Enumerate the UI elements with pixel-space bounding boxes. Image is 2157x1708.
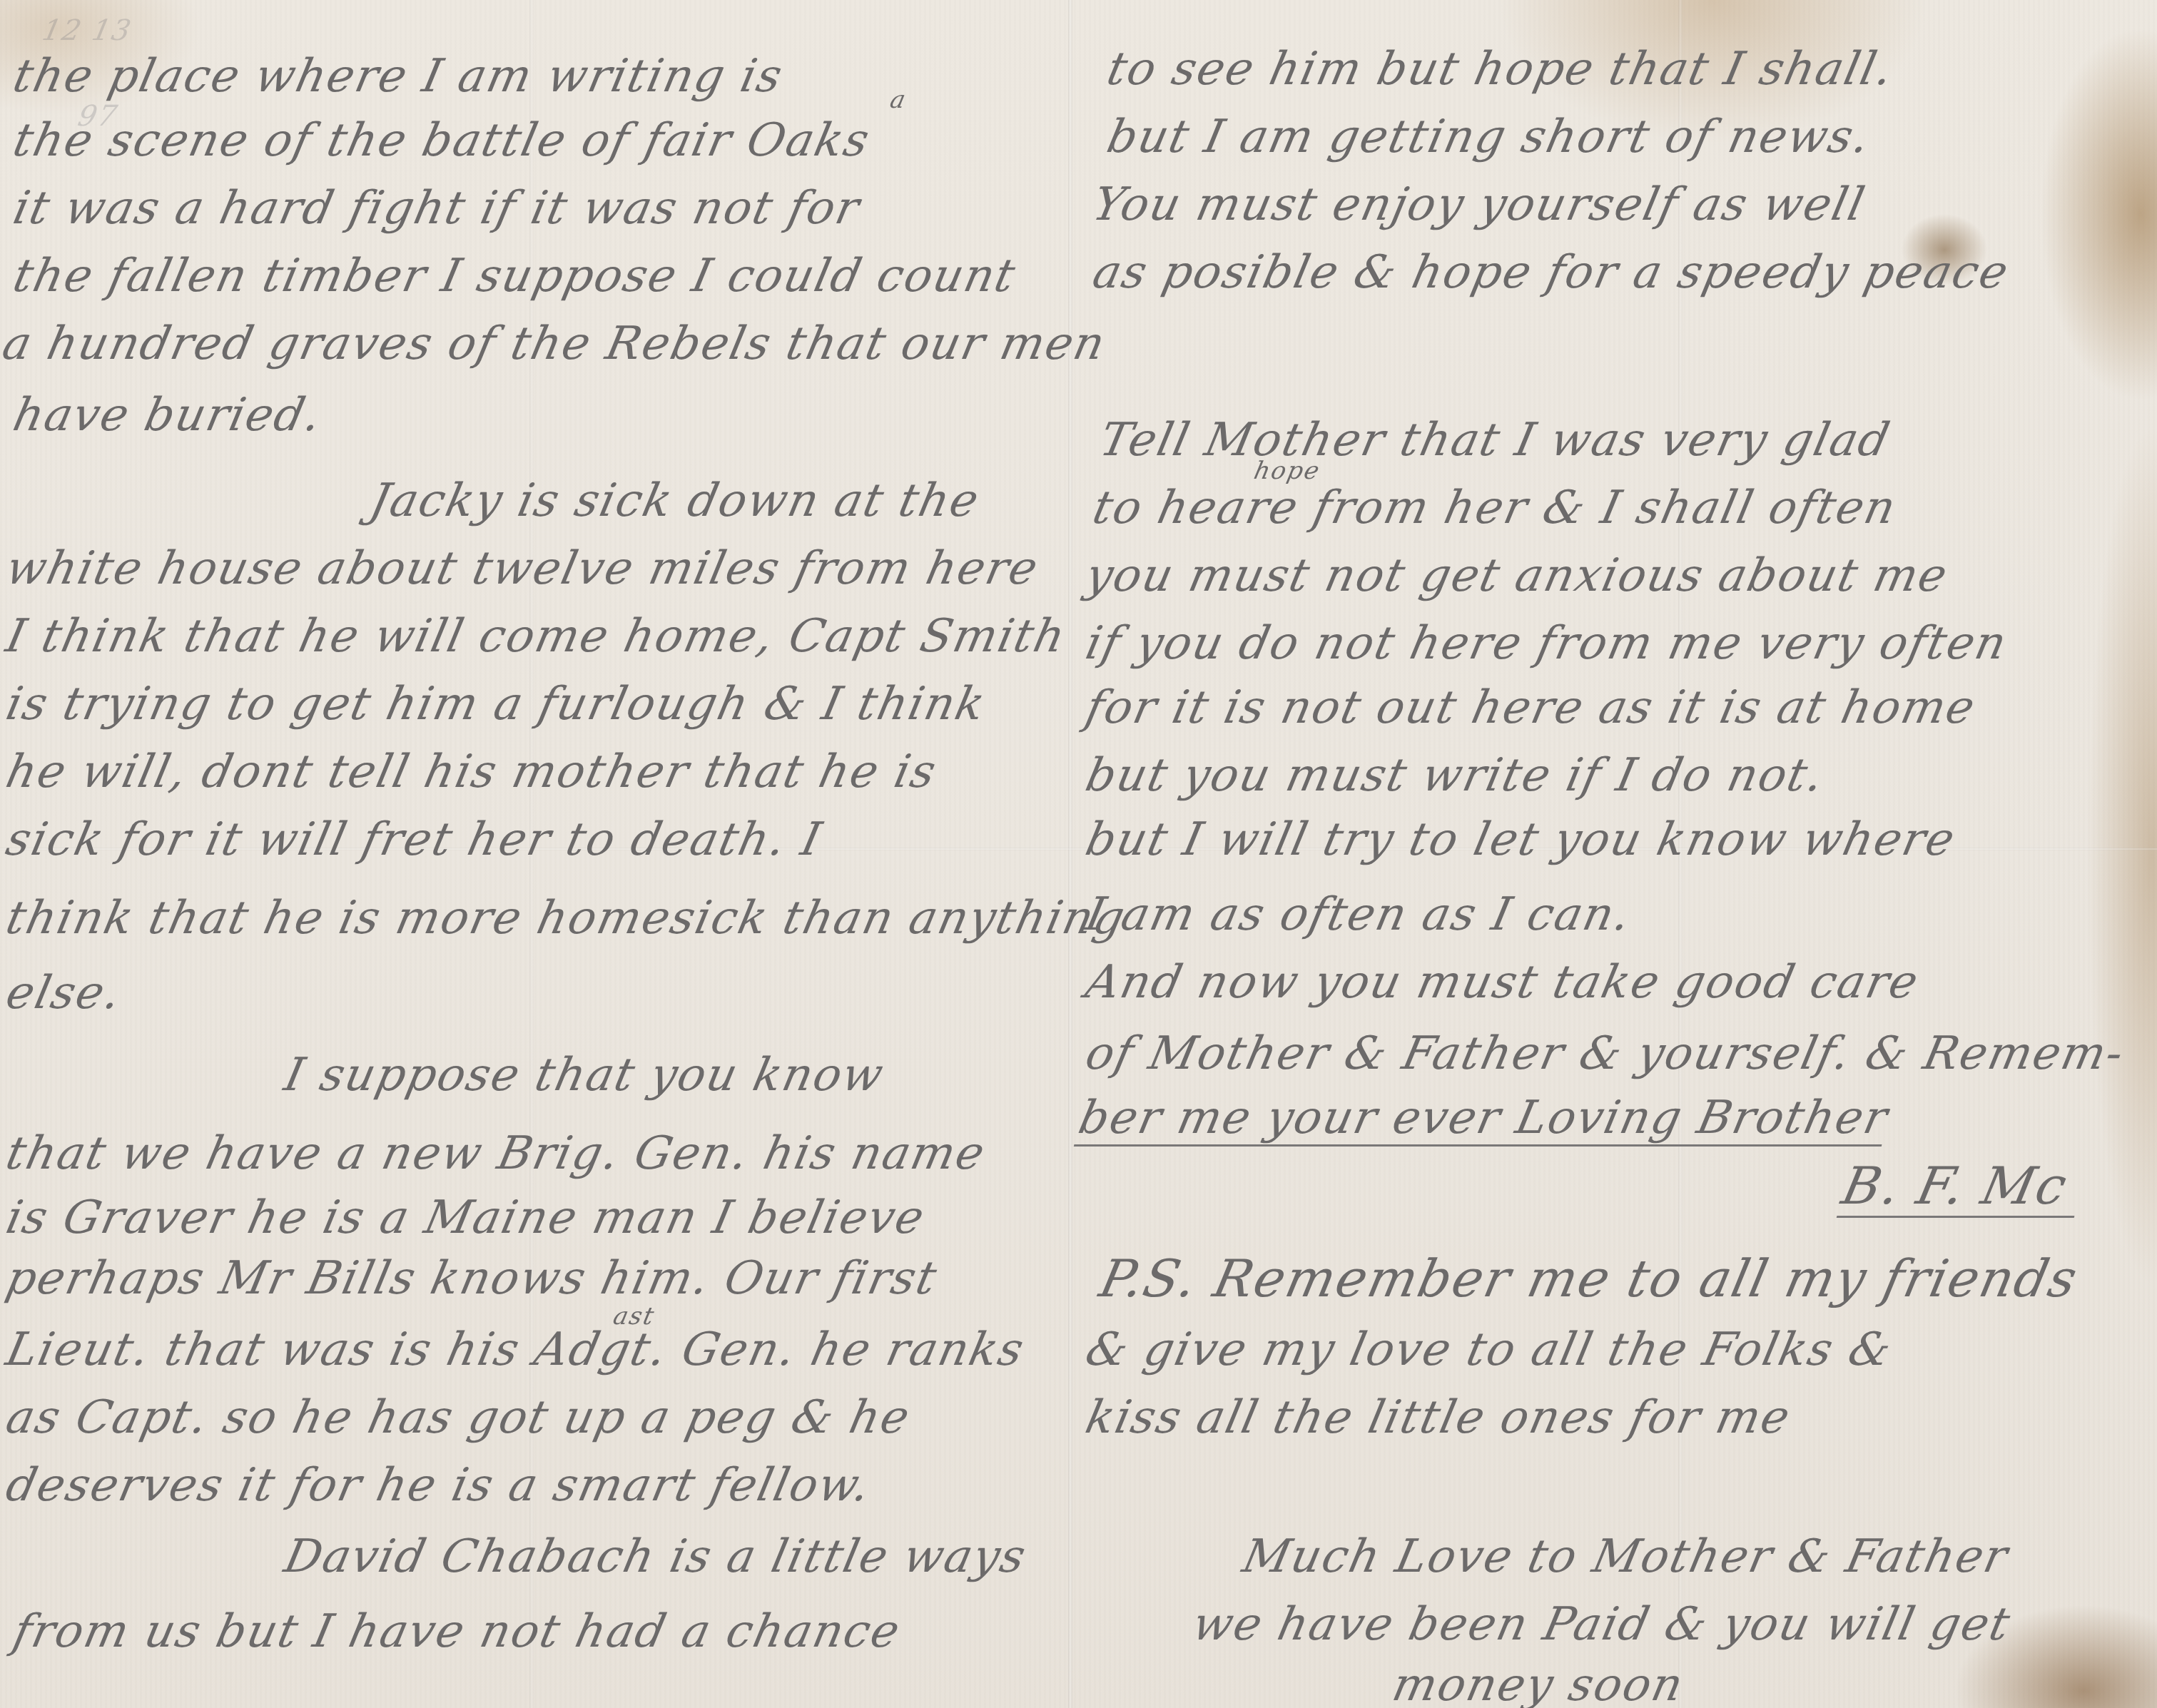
- letter-line: is Graver he is a Maine man I believe: [1, 1191, 930, 1244]
- letter-line: it was a hard fight if it was not for: [9, 182, 865, 235]
- postscript-line: kiss all the little ones for me: [1081, 1391, 1795, 1444]
- letter-line: perhaps Mr Bills knows him. Our first: [1, 1252, 942, 1305]
- letter-line: for it is not out here as it is at home: [1081, 681, 1981, 734]
- letter-line: I am as often as I can.: [1081, 888, 1636, 941]
- letter-line: as Capt. so he has got up a peg & he: [1, 1391, 915, 1444]
- letter-line: You must enjoy yourself as well: [1088, 178, 1870, 231]
- letter-line: but I will try to let you know where: [1081, 813, 1960, 866]
- letter-line: that we have a new Brig. Gen. his name: [1, 1127, 990, 1180]
- letter-line: the fallen timber I suppose I could coun…: [9, 250, 1021, 303]
- letter-line: white house about twelve miles from here: [1, 542, 1043, 595]
- insertion-mark: a: [888, 86, 910, 114]
- letter-line: you must not get anxious about me: [1081, 549, 1953, 602]
- letter-line: the scene of the battle of fair Oaks: [9, 114, 875, 167]
- letter-line: from us but I have not had a chance: [9, 1605, 905, 1658]
- closing-line: Much Love to Mother & Father: [1238, 1530, 2014, 1583]
- letter-line: if you do not here from me very often: [1081, 617, 2012, 670]
- letter-line: David Chabach is a little ways: [280, 1530, 1031, 1583]
- letter-line: but you must write if I do not.: [1081, 749, 1829, 802]
- letter-line: is trying to get him a furlough & I thin…: [1, 678, 990, 731]
- letter-line: as posible & hope for a speedy peace: [1088, 246, 2014, 299]
- letter-line: have buried.: [9, 389, 327, 442]
- letter-line: And now you must take good care: [1081, 956, 1924, 1009]
- letter-line: to see him but hope that I shall.: [1102, 43, 1898, 96]
- left-page: 12 13 97 the place where I am writing is…: [0, 0, 1068, 1708]
- letter-line: of Mother & Father & yourself. & Remem-: [1081, 1027, 2129, 1080]
- signature: B. F. Mc: [1837, 1156, 2088, 1218]
- letter-line: think that he is more homesick than anyt…: [1, 892, 1130, 945]
- letter-line: sick for it will fret her to death. I: [1, 813, 827, 866]
- letter-line: he will, dont tell his mother that he is: [1, 746, 941, 798]
- letter-line: Tell Mother that I was very glad: [1095, 414, 1895, 467]
- postscript-line: P.S. Remember me to all my friends: [1095, 1249, 2084, 1308]
- closing-line: we have been Paid & you will get: [1188, 1598, 2016, 1651]
- letter-line: the place where I am writing is: [9, 50, 788, 103]
- letter-line: else.: [1, 967, 126, 1020]
- letter-line: ber me your ever Loving Brother: [1074, 1092, 1893, 1147]
- closing-line: money soon: [1388, 1659, 1689, 1708]
- postscript-line: & give my love to all the Folks &: [1081, 1323, 1897, 1376]
- right-page: to see him but hope that I shall. but I …: [1072, 0, 2157, 1708]
- letter-line: but I am getting short of news.: [1102, 111, 1875, 163]
- faint-mark: 12 13: [39, 14, 135, 47]
- insertion-mark: hope: [1252, 457, 1324, 485]
- letter-line: Jacky is sick down at the: [365, 474, 984, 527]
- letter-sheet: 12 13 97 the place where I am writing is…: [0, 0, 2157, 1708]
- letter-line: Lieut. that was is his Adgt. Gen. he ran…: [1, 1323, 1030, 1376]
- letter-line: I think that he will come home, Capt Smi…: [1, 610, 1071, 663]
- letter-line: a hundred graves of the Rebels that our …: [0, 317, 1111, 370]
- letter-line: deserves it for he is a smart fellow.: [1, 1459, 876, 1512]
- letter-line: to heare from her & I shall often: [1088, 482, 1902, 534]
- letter-line: I suppose that you know: [280, 1049, 889, 1102]
